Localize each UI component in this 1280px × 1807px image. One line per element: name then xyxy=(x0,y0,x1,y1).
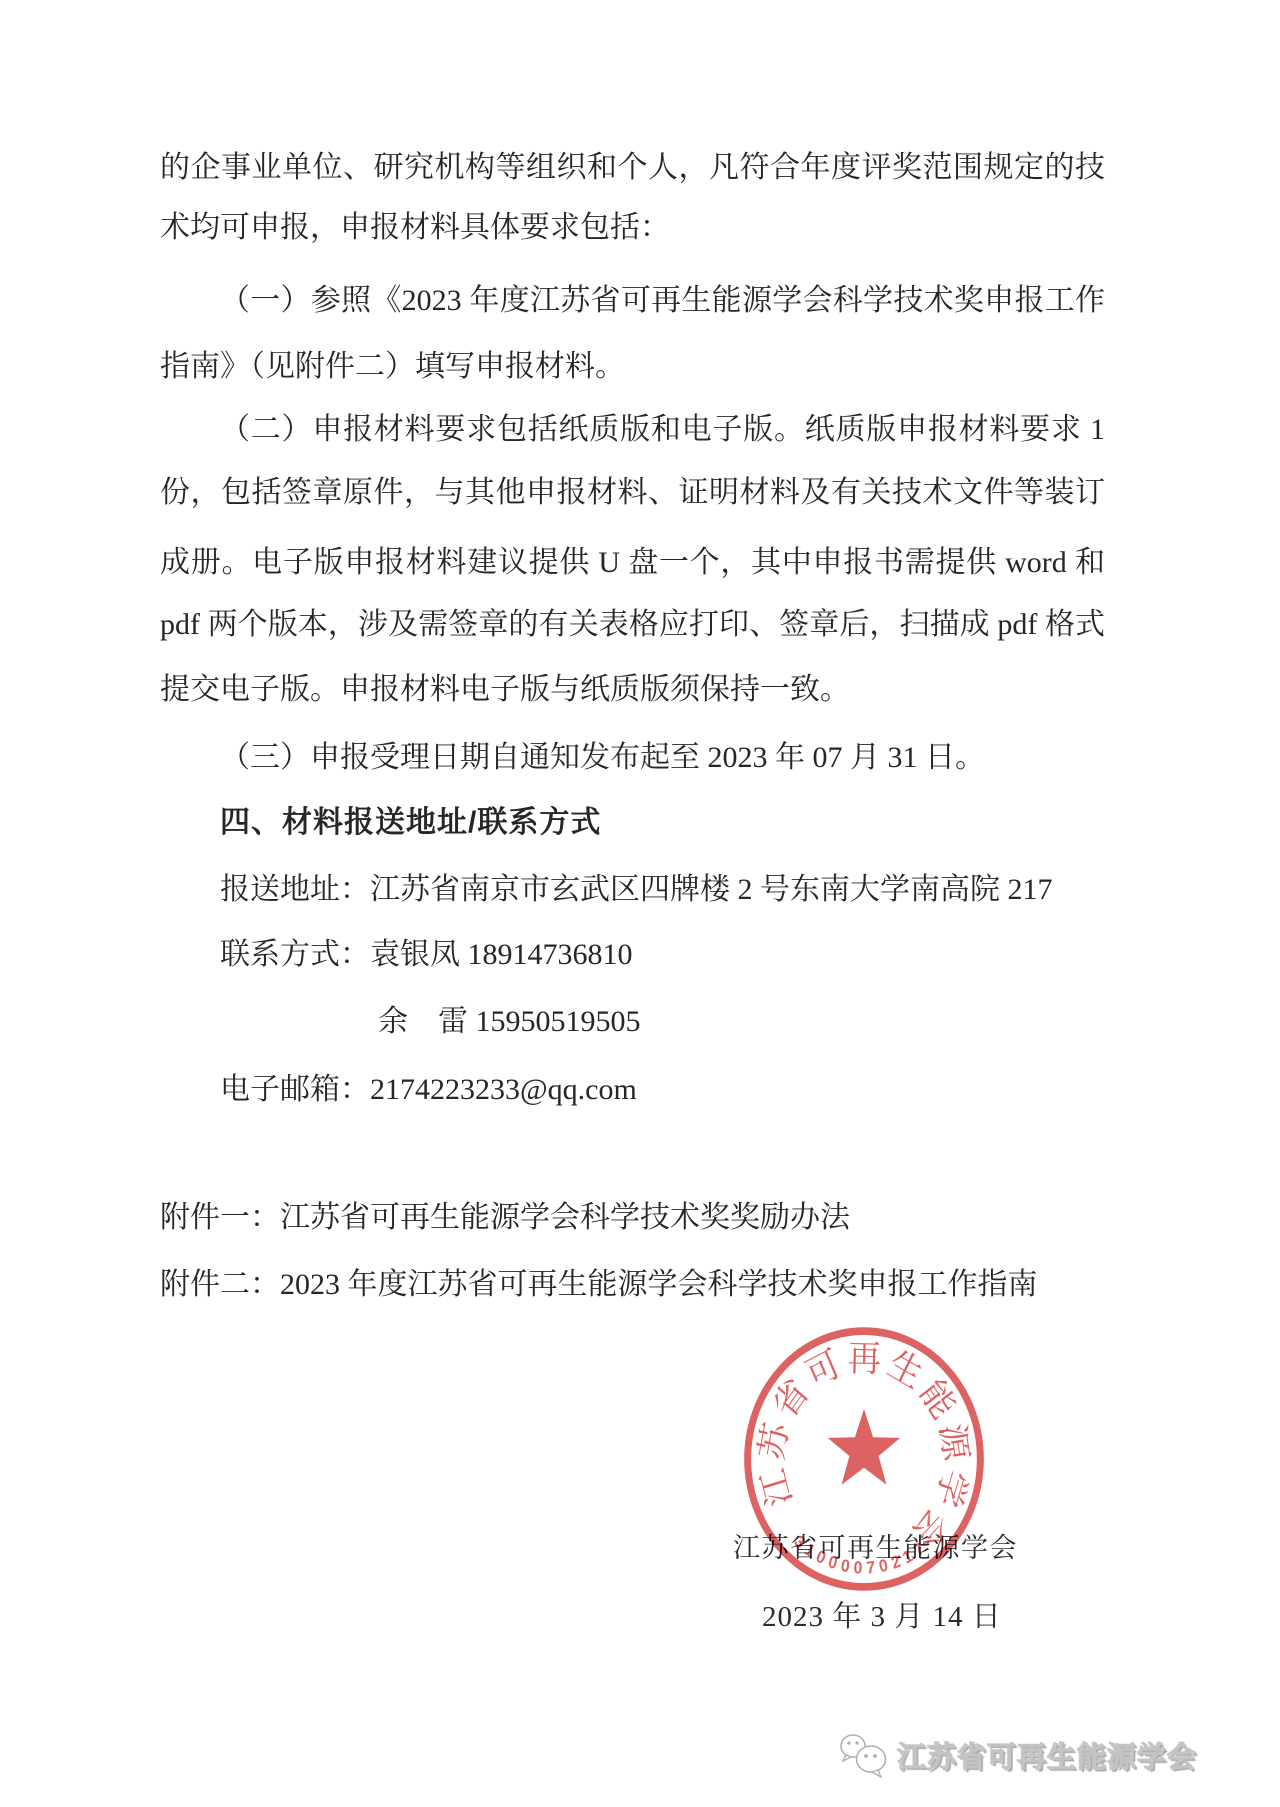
body-line: 提交电子版。申报材料电子版与纸质版须保持一致。 xyxy=(160,670,1105,710)
body-line: 术均可申报，申报材料具体要求包括： xyxy=(160,208,1105,248)
wechat-icon xyxy=(838,1732,892,1780)
body-line: （三）申报受理日期自通知发布起至 2023 年 07 月 31 日。 xyxy=(160,738,1105,778)
email-line: 电子邮箱：2174223233@qq.com xyxy=(160,1070,1105,1110)
document-page: 的企事业单位、研究机构等组织和个人，凡符合年度评奖范围规定的技 术均可申报，申报… xyxy=(0,0,1280,1807)
address-line: 报送地址：江苏省南京市玄武区四牌楼 2 号东南大学南高院 217 xyxy=(160,870,1105,910)
body-line: 指南》（见附件二）填写申报材料。 xyxy=(160,347,1105,387)
body-line: （二）申报材料要求包括纸质版和电子版。纸质版申报材料要求 1 xyxy=(160,410,1105,450)
body-line: pdf 两个版本，涉及需签章的有关表格应打印、签章后，扫描成 pdf 格式 xyxy=(160,605,1105,645)
body-line: 成册。电子版申报材料建议提供 U 盘一个，其中申报书需提供 word 和 xyxy=(160,543,1105,583)
star-icon xyxy=(828,1409,901,1485)
signature-date: 2023 年 3 月 14 日 xyxy=(762,1594,1002,1635)
body-line: 份，包括签章原件，与其他申报材料、证明材料及有关技术文件等装订 xyxy=(160,473,1105,513)
contact-line: 联系方式：袁银凤 18914736810 xyxy=(160,935,1105,975)
official-seal: 江苏省可再生能源学会 31000070217 xyxy=(743,1326,985,1592)
section-heading: 四、材料报送地址/联系方式 xyxy=(160,803,1105,843)
attachment-line: 附件二：2023 年度江苏省可再生能源学会科学技术奖申报工作指南 xyxy=(160,1265,1105,1305)
body-line: 的企事业单位、研究机构等组织和个人，凡符合年度评奖范围规定的技 xyxy=(160,148,1105,188)
footer-org-text: 江苏省可再生能源学会 xyxy=(897,1735,1197,1776)
body-line: （一）参照《2023 年度江苏省可再生能源学会科学技术奖申报工作 xyxy=(160,281,1105,321)
contact-line: 余 雷 15950519505 xyxy=(160,1002,1280,1042)
attachment-line: 附件一：江苏省可再生能源学会科学技术奖奖励办法 xyxy=(160,1198,1105,1238)
